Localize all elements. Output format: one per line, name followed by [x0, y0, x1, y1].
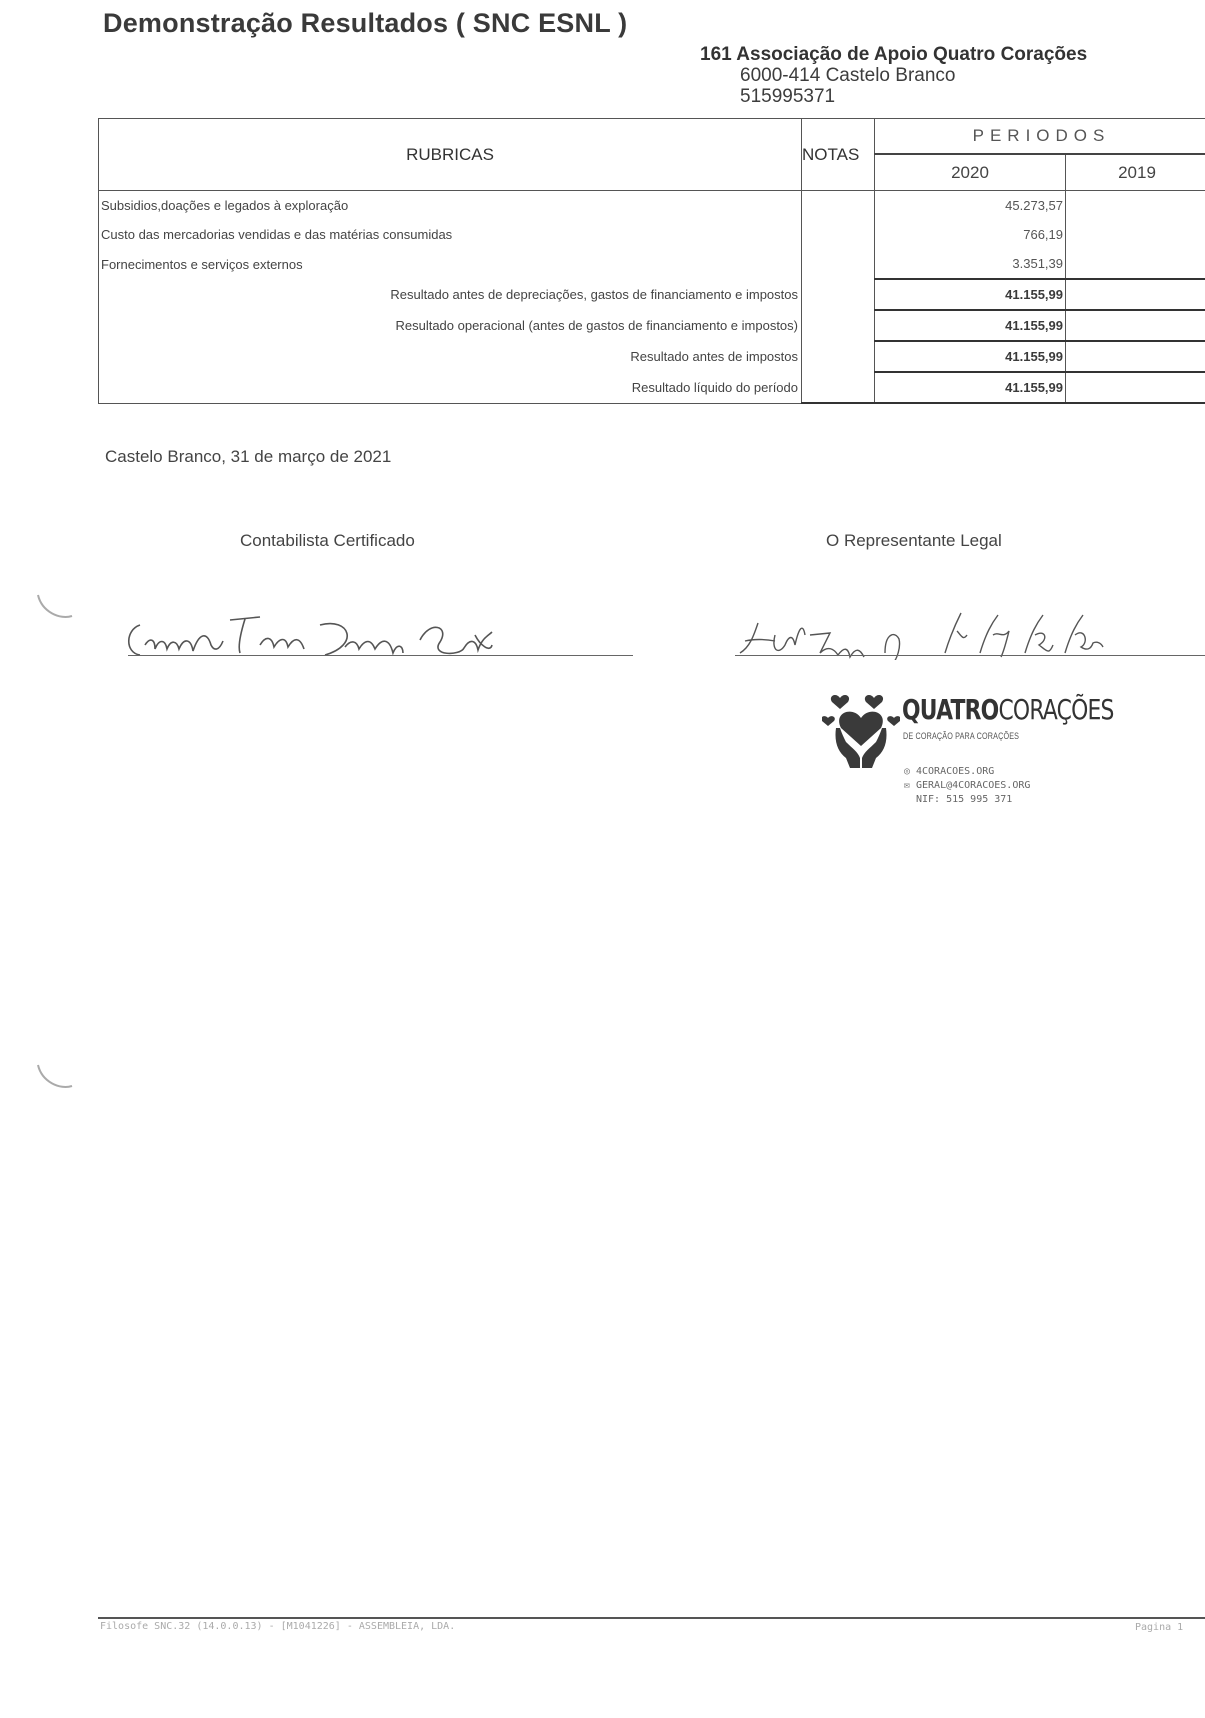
row-label: Resultado antes de impostos [99, 341, 802, 372]
entity-address: 6000-414 Castelo Branco [700, 65, 1087, 86]
entity-block: 161 Associação de Apoio Quatro Corações … [700, 44, 1087, 107]
footer-software: Filosofe SNC.32 (14.0.0.13) - [M1041226]… [100, 1621, 455, 1632]
legal-rep-signature-line [735, 655, 1205, 656]
globe-icon: ◎ [904, 766, 916, 777]
row-label: Custo das mercadorias vendidas e das mat… [99, 220, 802, 249]
row-label: Resultado operacional (antes de gastos d… [99, 310, 802, 341]
row-value-2020: 41.155,99 [875, 310, 1066, 341]
header-notas: NOTAS [802, 119, 875, 191]
legal-rep-signature [735, 605, 1205, 660]
logo-website: ◎4CORACOES.ORG [904, 766, 994, 777]
header-year-2019: 2019 [1066, 154, 1205, 191]
logo-brand-light: CORAÇÕES [998, 693, 1113, 726]
row-notas [802, 249, 875, 279]
document-title: Demonstração Resultados ( SNC ESNL ) [103, 8, 627, 39]
row-value-2020: 41.155,99 [875, 279, 1066, 310]
row-value-2020: 41.155,99 [875, 372, 1066, 403]
row-notas [802, 372, 875, 403]
table-row: Custo das mercadorias vendidas e das mat… [99, 220, 1205, 249]
row-value-2020: 41.155,99 [875, 341, 1066, 372]
row-notas [802, 310, 875, 341]
legal-rep-role: O Representante Legal [826, 531, 1002, 551]
row-value-2019 [1066, 279, 1205, 310]
row-value-2019 [1066, 220, 1205, 249]
scan-punch-hole-mark [30, 590, 80, 630]
footer-divider [98, 1617, 1205, 1619]
logo-brand-bold: QUATRO [902, 693, 998, 726]
table-row: Subsidios,doações e legados à exploração… [99, 191, 1205, 221]
row-value-2019 [1066, 310, 1205, 341]
quatro-coracoes-logo-icon [822, 692, 900, 770]
row-label: Resultado antes de depreciações, gastos … [99, 279, 802, 310]
row-value-2019 [1066, 341, 1205, 372]
header-rubricas: RUBRICAS [99, 119, 802, 191]
accountant-signature [120, 605, 640, 660]
table-row: Resultado antes de impostos41.155,99 [99, 341, 1205, 372]
table-row: Resultado antes de depreciações, gastos … [99, 279, 1205, 310]
row-value-2019 [1066, 249, 1205, 279]
row-notas [802, 279, 875, 310]
scan-punch-hole-mark [30, 1060, 80, 1100]
logo-brand: QUATROCORAÇÕES [902, 693, 1114, 726]
entity-nif: 515995371 [700, 86, 1087, 107]
accountant-role: Contabilista Certificado [240, 531, 415, 551]
table-row: Resultado operacional (antes de gastos d… [99, 310, 1205, 341]
row-label: Resultado líquido do período [99, 372, 802, 403]
logo-nif: NIF: 515 995 371 [916, 794, 1012, 805]
row-value-2020: 766,19 [875, 220, 1066, 249]
table-row: Fornecimentos e serviços externos3.351,3… [99, 249, 1205, 279]
row-notas [802, 341, 875, 372]
entity-name: 161 Associação de Apoio Quatro Corações [700, 44, 1087, 65]
header-year-2020: 2020 [875, 154, 1066, 191]
row-value-2019 [1066, 191, 1205, 221]
income-statement-table: RUBRICAS NOTAS PERIODOS 2020 2019 Subsid… [98, 118, 1205, 404]
logo-tagline: DE CORAÇÃO PARA CORAÇÕES [903, 731, 1019, 741]
table-row: Resultado líquido do período41.155,99 [99, 372, 1205, 403]
envelope-icon: ✉ [904, 780, 916, 791]
accountant-signature-line [128, 655, 633, 656]
row-label: Fornecimentos e serviços externos [99, 249, 802, 279]
logo-email: ✉GERAL@4CORACOES.ORG [904, 780, 1030, 791]
footer-page-number: Pagina 1 [1135, 1622, 1183, 1633]
row-label: Subsidios,doações e legados à exploração [99, 191, 802, 221]
row-value-2019 [1066, 372, 1205, 403]
row-notas [802, 220, 875, 249]
row-value-2020: 3.351,39 [875, 249, 1066, 279]
row-value-2020: 45.273,57 [875, 191, 1066, 221]
row-notas [802, 191, 875, 221]
place-date: Castelo Branco, 31 de março de 2021 [105, 447, 391, 467]
header-periodos: PERIODOS [875, 119, 1205, 155]
